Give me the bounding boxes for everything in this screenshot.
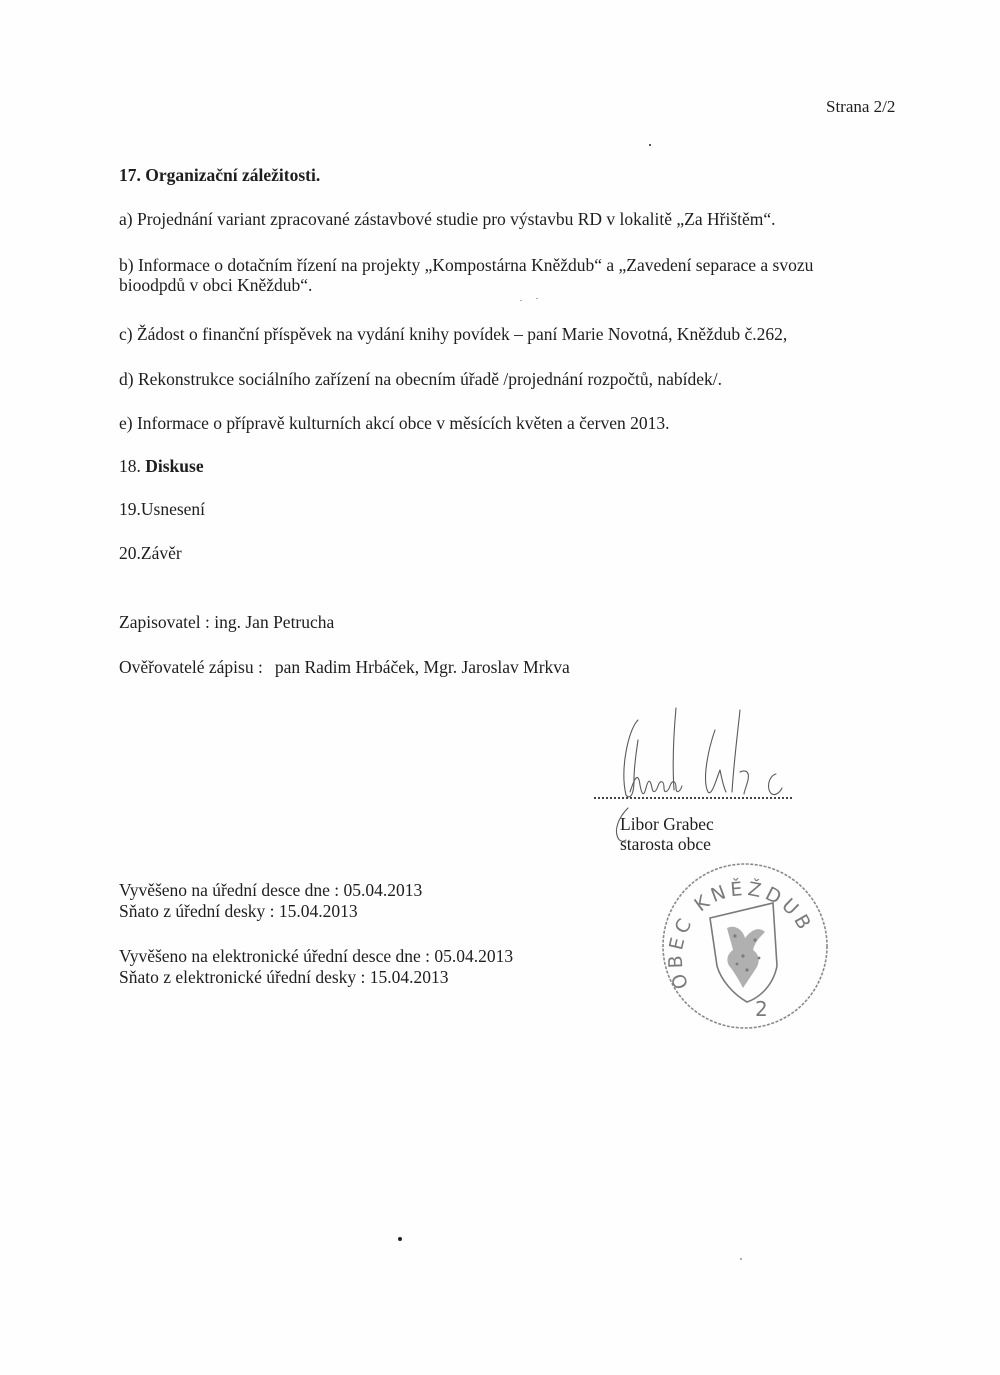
scan-speck [520,300,522,301]
verifiers-label: Ověřovatelé zápisu : [119,657,263,677]
agenda-item-d: d) Rekonstrukce sociálního zařízení na o… [119,369,722,390]
recorder-line: Zapisovatel : ing. Jan Petrucha [119,612,334,633]
page-number: Strana 2/2 [826,96,895,117]
agenda-item-e: e) Informace o přípravě kulturních akcí … [119,413,670,434]
posting-notice-1: Vyvěšeno na úřední desce dne : 05.04.201… [119,880,422,901]
posting-notice-2: Sňato z úřední desky : 15.04.2013 [119,901,358,922]
agenda-item-c: c) Žádost o finanční příspěvek na vydání… [119,324,787,345]
agenda-item-b-line2: bioodpdů v obci Kněždub“. [119,275,312,296]
signer-role: starosta obce [620,834,711,855]
official-stamp-icon: OBEC KNĚŽDUB 2 [655,858,835,1033]
signature-dotted-line [594,797,792,799]
scan-speck [649,144,651,146]
scan-speck [536,298,538,299]
verifiers-line: Ověřovatelé zápisu :pan Radim Hrbáček, M… [119,657,570,678]
scan-speck [398,1237,402,1241]
agenda-item-20: 20.Závěr [119,543,182,564]
agenda-item-b-line1: b) Informace o dotačním řízení na projek… [119,255,813,276]
coat-of-arms-eagle-icon [710,903,777,1002]
document-page: Strana 2/2 17. Organizační záležitosti. … [0,0,1000,1375]
scan-speck [740,1258,742,1260]
stamp-number: 2 [755,997,768,1021]
agenda-item-18-number: 18. [119,456,145,476]
posting-notice-4: Sňato z elektronické úřední desky : 15.0… [119,967,449,988]
section-heading: 17. Organizační záležitosti. [119,165,320,186]
agenda-item-a: a) Projednání variant zpracované zástavb… [119,209,776,230]
signer-name: Libor Grabec [620,814,714,835]
agenda-item-19: 19.Usnesení [119,499,205,520]
verifiers-names: pan Radim Hrbáček, Mgr. Jaroslav Mrkva [275,657,570,677]
agenda-item-18: 18. Diskuse [119,456,204,477]
agenda-item-18-label: Diskuse [145,456,203,476]
posting-notice-3: Vyvěšeno na elektronické úřední desce dn… [119,946,513,967]
